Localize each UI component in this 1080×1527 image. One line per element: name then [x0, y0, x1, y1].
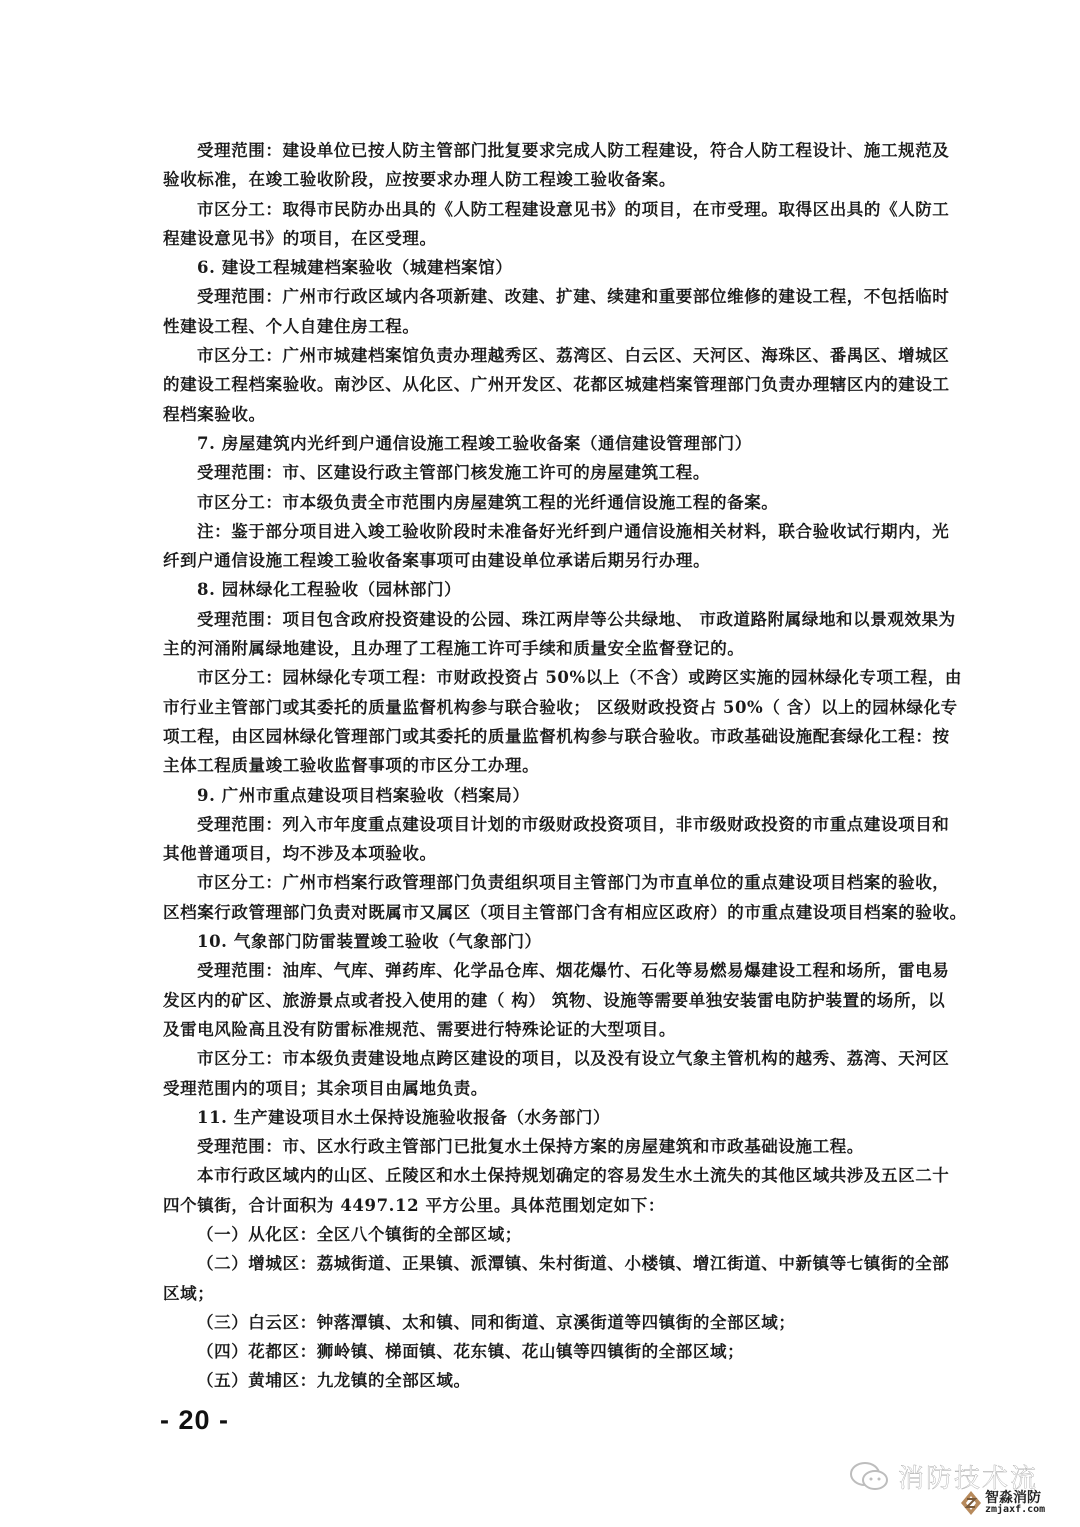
paragraph-line: 项工程，由区园林绿化管理部门或其委托的质量监督机构参与联合验收。市政基础设施配套… — [163, 722, 923, 751]
line-text: （二）增城区：荔城街道、正果镇、派潭镇、朱村街道、小楼镇、增江街道、中新镇等七镇… — [197, 1254, 949, 1273]
line-text: （三）白云区：钟落潭镇、太和镇、同和街道、京溪街道等四镇街的全部区域； — [197, 1313, 796, 1332]
zm-logo-icon — [960, 1490, 982, 1516]
line-text: 其他普通项目，均不涉及本项验收。 — [163, 844, 437, 863]
line-text: 程档案验收。 — [163, 405, 266, 424]
paragraph-line: 市行业主管部门或其委托的质量监督机构参与联合验收； 区级财政投资占 50%（ 含… — [163, 693, 923, 722]
line-text: 验收标准，在竣工验收阶段，应按要求办理人防工程竣工验收备案。 — [163, 170, 676, 189]
line-text: 受理范围：建设单位已按人防主管部门批复要求完成人防工程建设，符合人防工程设计、施… — [197, 141, 949, 160]
paragraph-line: 纤到户通信设施工程竣工验收备案事项可由建设单位承诺后期另行办理。 — [163, 546, 923, 575]
wechat-icon — [848, 1461, 892, 1493]
paragraph-line: 其他普通项目，均不涉及本项验收。 — [163, 839, 923, 868]
paragraph-line: 市区分工：园林绿化专项工程：市财政投资占 50%以上（不含）或跨区实施的园林绿化… — [163, 663, 923, 692]
section-heading: 9. 广州市重点建设项目档案验收（档案局） — [163, 781, 923, 810]
paragraph-line: 的建设工程档案验收。南沙区、从化区、广州开发区、花都区城建档案管理部门负责办理辖… — [163, 370, 923, 399]
line-text: 及雷电风险高且没有防雷标准规范、需要进行特殊论证的大型项目。 — [163, 1020, 676, 1039]
paragraph-line: 受理范围：列入市年度重点建设项目计划的市级财政投资项目，非市级财政投资的市重点建… — [163, 810, 923, 839]
line-text: 的建设工程档案验收。南沙区、从化区、广州开发区、花都区城建档案管理部门负责办理辖… — [163, 375, 950, 394]
line-text: 11. 生产建设项目水土保持设施验收报备（水务部门） — [197, 1108, 610, 1127]
paragraph-line: 主的河涌附属绿地建设，且办理了工程施工许可手续和质量安全监督登记的。 — [163, 634, 923, 663]
paragraph-line: （二）增城区：荔城街道、正果镇、派潭镇、朱村街道、小楼镇、增江街道、中新镇等七镇… — [163, 1249, 923, 1278]
line-text: 市行业主管部门或其委托的质量监督机构参与联合验收； 区级财政投资占 50%（ 含… — [163, 698, 958, 717]
paragraph-line: 程档案验收。 — [163, 400, 923, 429]
line-text: 8. 园林绿化工程验收（园林部门） — [197, 580, 461, 599]
line-text: 10. 气象部门防雷装置竣工验收（气象部门） — [197, 932, 542, 951]
line-text: 市区分工：取得市民防办出具的《人防工程建设意见书》的项目，在市受理。取得区出具的… — [197, 200, 949, 219]
paragraph-line: （五）黄埔区：九龙镇的全部区域。 — [163, 1366, 923, 1395]
section-heading: 11. 生产建设项目水土保持设施验收报备（水务部门） — [163, 1103, 923, 1132]
line-text: （四）花都区：狮岭镇、梯面镇、花东镇、花山镇等四镇街的全部区域； — [197, 1342, 744, 1361]
page-number: - 20 - — [160, 1405, 229, 1436]
line-text: 发区内的矿区、旅游景点或者投入使用的建（ 构） 筑物、设施等需要单独安装雷电防护… — [163, 991, 945, 1010]
paragraph-line: 四个镇街，合计面积为 4497.12 平方公里。具体范围划定如下： — [163, 1191, 923, 1220]
paragraph-line: 市区分工：广州市城建档案馆负责办理越秀区、荔湾区、白云区、天河区、海珠区、番禺区… — [163, 341, 923, 370]
line-text: 受理范围：市、区水行政主管部门已批复水土保持方案的房屋建筑和市政基础设施工程。 — [197, 1137, 864, 1156]
paragraph-line: 市区分工：广州市档案行政管理部门负责组织项目主管部门为市直单位的重点建设项目档案… — [163, 868, 923, 897]
line-text: 市区分工：市本级负责全市范围内房屋建筑工程的光纤通信设施工程的备案。 — [197, 493, 778, 512]
line-text: 受理范围：项目包含政府投资建设的公园、珠江两岸等公共绿地、 市政道路附属绿地和以… — [197, 610, 956, 629]
line-text: 7. 房屋建筑内光纤到户通信设施工程竣工验收备案（通信建设管理部门） — [197, 434, 752, 453]
line-text: 市区分工：广州市档案行政管理部门负责组织项目主管部门为市直单位的重点建设项目档案… — [197, 873, 949, 892]
paragraph-line: 受理范围：广州市行政区域内各项新建、改建、扩建、续建和重要部位维修的建设工程，不… — [163, 282, 923, 311]
line-text: 市区分工：市本级负责建设地点跨区建设的项目，以及没有设立气象主管机构的越秀、荔湾… — [197, 1049, 949, 1068]
paragraph-line: 受理范围：市、区水行政主管部门已批复水土保持方案的房屋建筑和市政基础设施工程。 — [163, 1132, 923, 1161]
paragraph-line: 受理范围：项目包含政府投资建设的公园、珠江两岸等公共绿地、 市政道路附属绿地和以… — [163, 605, 923, 634]
paragraph-line: 区档案行政管理部门负责对既属市又属区（项目主管部门含有相应区政府）的市重点建设项… — [163, 898, 923, 927]
paragraph-line: 市区分工：取得市民防办出具的《人防工程建设意见书》的项目，在市受理。取得区出具的… — [163, 195, 923, 224]
line-text: 纤到户通信设施工程竣工验收备案事项可由建设单位承诺后期另行办理。 — [163, 551, 710, 570]
section-heading: 7. 房屋建筑内光纤到户通信设施工程竣工验收备案（通信建设管理部门） — [163, 429, 923, 458]
line-text: 性建设工程、个人自建住房工程。 — [163, 317, 420, 336]
paragraph-line: 性建设工程、个人自建住房工程。 — [163, 312, 923, 341]
paragraph-line: （三）白云区：钟落潭镇、太和镇、同和街道、京溪街道等四镇街的全部区域； — [163, 1308, 923, 1337]
line-text: 区域； — [163, 1284, 214, 1303]
paragraph-line: 发区内的矿区、旅游景点或者投入使用的建（ 构） 筑物、设施等需要单独安装雷电防护… — [163, 986, 923, 1015]
line-text: 受理范围：市、区建设行政主管部门核发施工许可的房屋建筑工程。 — [197, 463, 710, 482]
line-text: 市区分工：园林绿化专项工程：市财政投资占 50%以上（不含）或跨区实施的园林绿化… — [197, 668, 962, 687]
paragraph-line: 本市行政区域内的山区、丘陵区和水土保持规划确定的容易发生水土流失的其他区域共涉及… — [163, 1161, 923, 1190]
paragraph-line: （四）花都区：狮岭镇、梯面镇、花东镇、花山镇等四镇街的全部区域； — [163, 1337, 923, 1366]
line-text: 项工程，由区园林绿化管理部门或其委托的质量监督机构参与联合验收。市政基础设施配套… — [163, 727, 950, 746]
paragraph-line: 市区分工：市本级负责全市范围内房屋建筑工程的光纤通信设施工程的备案。 — [163, 488, 923, 517]
line-text: 受理范围：列入市年度重点建设项目计划的市级财政投资项目，非市级财政投资的市重点建… — [197, 815, 949, 834]
line-text: 受理范围：广州市行政区域内各项新建、改建、扩建、续建和重要部位维修的建设工程，不… — [197, 287, 949, 306]
paragraph-line: 注：鉴于部分项目进入竣工验收阶段时未准备好光纤到户通信设施相关材料，联合验收试行… — [163, 517, 923, 546]
line-text: 本市行政区域内的山区、丘陵区和水土保持规划确定的容易发生水土流失的其他区域共涉及… — [197, 1166, 949, 1185]
line-text: （一）从化区：全区八个镇街的全部区域； — [197, 1225, 522, 1244]
section-heading: 10. 气象部门防雷装置竣工验收（气象部门） — [163, 927, 923, 956]
paragraph-line: 受理范围：市、区建设行政主管部门核发施工许可的房屋建筑工程。 — [163, 458, 923, 487]
line-text: 市区分工：广州市城建档案馆负责办理越秀区、荔湾区、白云区、天河区、海珠区、番禺区… — [197, 346, 949, 365]
paragraph-line: 程建设意见书》的项目，在区受理。 — [163, 224, 923, 253]
logo-name: 智淼消防 — [985, 1491, 1045, 1505]
paragraph-line: 市区分工：市本级负责建设地点跨区建设的项目，以及没有设立气象主管机构的越秀、荔湾… — [163, 1044, 923, 1073]
line-text: （五）黄埔区：九龙镇的全部区域。 — [197, 1371, 471, 1390]
line-text: 主体工程质量竣工验收监督事项的市区分工办理。 — [163, 756, 539, 775]
note-label: 注： — [197, 522, 231, 541]
section-heading: 6. 建设工程城建档案验收（城建档案馆） — [163, 253, 923, 282]
line-text: 区档案行政管理部门负责对既属市又属区（项目主管部门含有相应区政府）的市重点建设项… — [163, 903, 967, 922]
document-body: 受理范围：建设单位已按人防主管部门批复要求完成人防工程建设，符合人防工程设计、施… — [163, 136, 923, 1396]
paragraph-line: 受理范围内的项目；其余项目由属地负责。 — [163, 1074, 923, 1103]
line-text: 6. 建设工程城建档案验收（城建档案馆） — [197, 258, 512, 277]
paragraph-line: 及雷电风险高且没有防雷标准规范、需要进行特殊论证的大型项目。 — [163, 1015, 923, 1044]
line-text: 鉴于部分项目进入竣工验收阶段时未准备好光纤到户通信设施相关材料，联合验收试行期内… — [231, 522, 949, 541]
paragraph-line: 受理范围：油库、气库、弹药库、化学品仓库、烟花爆竹、石化等易燃易爆建设工程和场所… — [163, 956, 923, 985]
paragraph-line: （一）从化区：全区八个镇街的全部区域； — [163, 1220, 923, 1249]
line-text: 受理范围：油库、气库、弹药库、化学品仓库、烟花爆竹、石化等易燃易爆建设工程和场所… — [197, 961, 949, 980]
section-heading: 8. 园林绿化工程验收（园林部门） — [163, 575, 923, 604]
paragraph-line: 受理范围：建设单位已按人防主管部门批复要求完成人防工程建设，符合人防工程设计、施… — [163, 136, 923, 165]
line-text: 9. 广州市重点建设项目档案验收（档案局） — [197, 786, 530, 805]
line-text: 四个镇街，合计面积为 4497.12 平方公里。具体范围划定如下： — [163, 1196, 665, 1215]
paragraph-line: 验收标准，在竣工验收阶段，应按要求办理人防工程竣工验收备案。 — [163, 165, 923, 194]
paragraph-line: 主体工程质量竣工验收监督事项的市区分工办理。 — [163, 751, 923, 780]
line-text: 主的河涌附属绿地建设，且办理了工程施工许可手续和质量安全监督登记的。 — [163, 639, 744, 658]
line-text: 受理范围内的项目；其余项目由属地负责。 — [163, 1079, 488, 1098]
logo-url: zmjaxf.com — [985, 1505, 1045, 1515]
line-text: 程建设意见书》的项目，在区受理。 — [163, 229, 437, 248]
site-logo: 智淼消防 zmjaxf.com — [960, 1490, 1045, 1516]
paragraph-line: 区域； — [163, 1279, 923, 1308]
